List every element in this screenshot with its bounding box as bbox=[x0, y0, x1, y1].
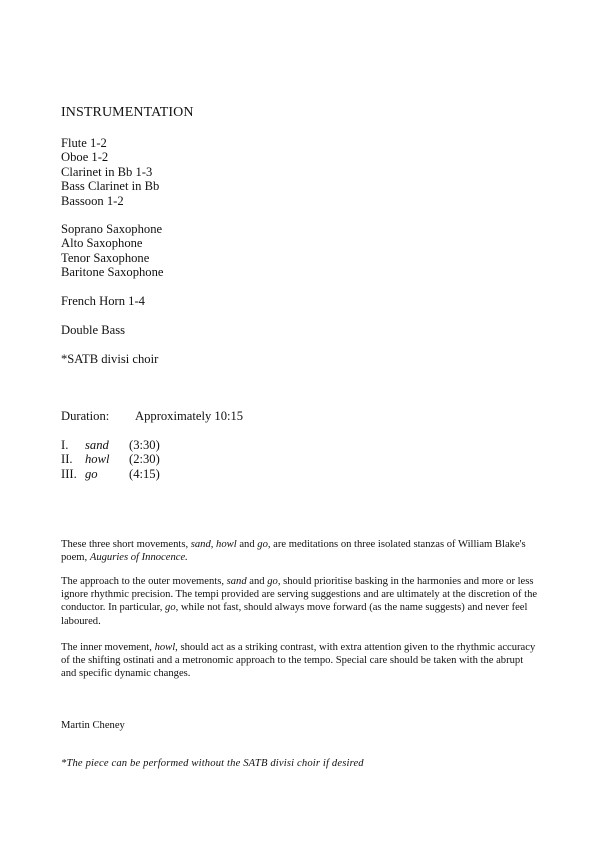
instrument-item: Baritone Saxophone bbox=[61, 265, 163, 279]
movement-name: sand bbox=[85, 438, 109, 452]
instrument-group-choir: *SATB divisi choir bbox=[61, 352, 158, 366]
movement-row: I. sand (3:30) bbox=[61, 438, 361, 452]
movement-time: (4:15) bbox=[129, 467, 160, 481]
text-run: The approach to the outer movements, bbox=[61, 576, 227, 587]
instrument-group-bass: Double Bass bbox=[61, 323, 125, 337]
instrument-item: Clarinet in Bb 1-3 bbox=[61, 165, 159, 179]
duration-value: Approximately 10:15 bbox=[135, 409, 243, 424]
text-run: and bbox=[237, 539, 258, 550]
italic-text: Auguries of Innocence. bbox=[90, 552, 188, 563]
movement-time: (2:30) bbox=[129, 452, 160, 466]
instrument-group-horns: French Horn 1-4 bbox=[61, 294, 145, 308]
text-run: and bbox=[247, 576, 268, 587]
page-title: INSTRUMENTATION bbox=[61, 104, 194, 122]
italic-text: go bbox=[257, 539, 268, 550]
movement-time: (3:30) bbox=[129, 438, 160, 452]
footnote: *The piece can be performed without the … bbox=[61, 757, 364, 770]
program-note-paragraph: The inner movement, howl, should act as … bbox=[61, 641, 541, 681]
program-note-paragraph: The approach to the outer movements, san… bbox=[61, 575, 541, 628]
instrument-item: Double Bass bbox=[61, 323, 125, 337]
program-note-paragraph: These three short movements, sand, howl … bbox=[61, 538, 541, 564]
instrument-item: Alto Saxophone bbox=[61, 236, 163, 250]
italic-text: sand bbox=[227, 576, 247, 587]
instrument-item: Bassoon 1-2 bbox=[61, 194, 159, 208]
composer-signature: Martin Cheney bbox=[61, 719, 125, 732]
instrument-item: *SATB divisi choir bbox=[61, 352, 158, 366]
movement-number: I. bbox=[61, 438, 68, 452]
instrument-group-woodwinds: Flute 1-2 Oboe 1-2 Clarinet in Bb 1-3 Ba… bbox=[61, 136, 159, 208]
italic-text: go bbox=[165, 602, 176, 613]
text-run: The inner movement, bbox=[61, 642, 155, 653]
instrument-item: Soprano Saxophone bbox=[61, 222, 163, 236]
instrument-item: Oboe 1-2 bbox=[61, 150, 159, 164]
movement-row: III. go (4:15) bbox=[61, 467, 361, 481]
italic-text: go bbox=[267, 576, 278, 587]
document-page: INSTRUMENTATION Flute 1-2 Oboe 1-2 Clari… bbox=[0, 0, 595, 842]
movement-number: II. bbox=[61, 452, 73, 466]
instrument-item: French Horn 1-4 bbox=[61, 294, 145, 308]
movement-name: howl bbox=[85, 452, 110, 466]
movement-name: go bbox=[85, 467, 98, 481]
italic-text: sand, howl bbox=[191, 539, 237, 550]
movement-row: II. howl (2:30) bbox=[61, 452, 361, 466]
instrument-item: Tenor Saxophone bbox=[61, 251, 163, 265]
movement-number: III. bbox=[61, 467, 77, 481]
italic-text: howl bbox=[155, 642, 176, 653]
instrument-item: Flute 1-2 bbox=[61, 136, 159, 150]
instrument-item: Bass Clarinet in Bb bbox=[61, 179, 159, 193]
text-run: These three short movements, bbox=[61, 539, 191, 550]
instrument-group-saxophones: Soprano Saxophone Alto Saxophone Tenor S… bbox=[61, 222, 163, 280]
duration-label: Duration: bbox=[61, 409, 109, 424]
movement-list: I. sand (3:30) II. howl (2:30) III. go (… bbox=[61, 438, 361, 481]
